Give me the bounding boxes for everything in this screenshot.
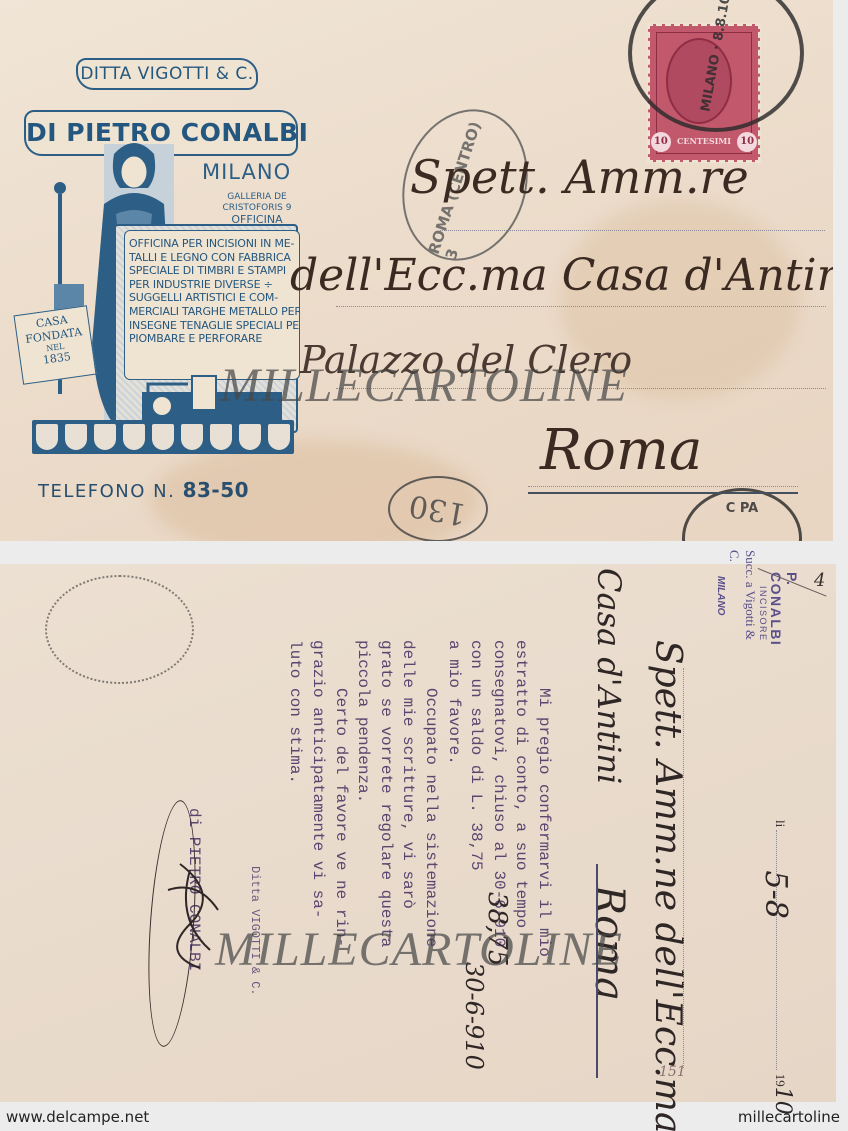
address-dotted-line [336, 306, 826, 307]
shield-icon [94, 424, 116, 450]
postcard-front: DITTA VIGOTTI & C. DI PIETRO CONALBI MIL… [0, 0, 833, 541]
date-year-printed: 19 [773, 1074, 788, 1087]
address-dotted-line [528, 486, 798, 487]
signature-icon [160, 860, 230, 970]
shield-icon [181, 424, 203, 450]
address-handwritten-line2: dell'Ecc.ma Casa d'Antini [290, 250, 833, 301]
stamp-value-left: 10 [651, 132, 671, 152]
date-line: li 5-8 1910 [770, 820, 795, 1090]
address-dotted-line [440, 230, 825, 231]
phone-line: TELEFONO N. 83-50 [38, 478, 249, 502]
heraldic-shields-row [32, 420, 294, 454]
stamp-value-row: 10 CENTESIMI 10 [648, 132, 760, 152]
ribbon-ditta: DITTA VIGOTTI & C. [76, 58, 258, 90]
date-handwritten: 5-8 [758, 870, 793, 918]
postmark-partial-text: C PA [726, 501, 758, 516]
shield-icon [239, 424, 261, 450]
recipient-handwritten-1: Casa d'Antini [590, 568, 628, 784]
footer-site-link[interactable]: www.delcampe.net [6, 1108, 149, 1126]
postmark-number: 130 [407, 487, 469, 531]
recipient-handwritten-city: Roma [586, 885, 632, 1001]
shield-icon [210, 424, 232, 450]
founded-scroll: CASA FONDATA NEL 1835 [13, 305, 96, 385]
sender-title: INCISORE [758, 572, 768, 646]
shield-icon [268, 424, 290, 450]
recipient-dotted-line [683, 668, 684, 1068]
gallery-address: GALLERIA DE CRISTOFORIS 9 [212, 192, 302, 214]
address-handwritten-line1: Spett. Amm.re [410, 150, 749, 204]
address-dotted-line [336, 388, 826, 389]
corner-note: 4 [814, 570, 825, 591]
handwritten-date-closed: 30-6-910 [460, 962, 488, 1070]
address-underline [528, 492, 798, 494]
stamp-denomination: CENTESIMI [677, 136, 731, 146]
date-dotted-field: 5-8 [776, 830, 777, 1070]
phone-label: TELEFONO N. [38, 481, 175, 502]
printing-press-illustration [132, 372, 292, 422]
phone-number: 83-50 [183, 478, 249, 502]
services-description: OFFICINA PER INCISIONI IN ME- TALLI E LE… [124, 230, 300, 380]
letter-body: Mi pregio confermarvi il mio estratto di… [284, 640, 555, 1060]
sender-successor: Succ. a Vigotti & C. [726, 550, 758, 646]
postmark-origin-text: MILANO · 8.8.10 [698, 0, 733, 112]
postmark-ghost [45, 575, 194, 684]
margin-note: 151 [659, 1064, 686, 1080]
shield-icon [152, 424, 174, 450]
stamp-value-right: 10 [737, 132, 757, 152]
sender-city: MILANO [715, 572, 726, 646]
shield-icon [65, 424, 87, 450]
recipient-handwritten-2: Spett. Amm.ne dell'Ecc.ma [647, 640, 688, 1131]
letterhead-engraving: DITTA VIGOTTI & C. DI PIETRO CONALBI MIL… [14, 42, 298, 460]
recipient-underline [596, 864, 598, 1078]
shield-icon [123, 424, 145, 450]
sender-imprint: P. CONALBI INCISORE Succ. a Vigotti & C.… [715, 572, 800, 646]
footer-seller-name[interactable]: millecartoline [738, 1108, 840, 1126]
postmark-oval-130: 130 [388, 476, 488, 541]
handwritten-amount: 38,75 [482, 892, 512, 966]
date-prefix: li [773, 820, 788, 827]
sender-name: P. CONALBI [768, 572, 800, 646]
shield-icon [36, 424, 58, 450]
address-handwritten-city: Roma [540, 418, 702, 483]
city-label: MILANO [202, 160, 291, 184]
postmark-partial: C PA [682, 488, 802, 541]
address-handwritten-line3: Palazzo del Clero [300, 338, 632, 382]
closing-company: Ditta VIGOTTI & C. [248, 866, 262, 996]
